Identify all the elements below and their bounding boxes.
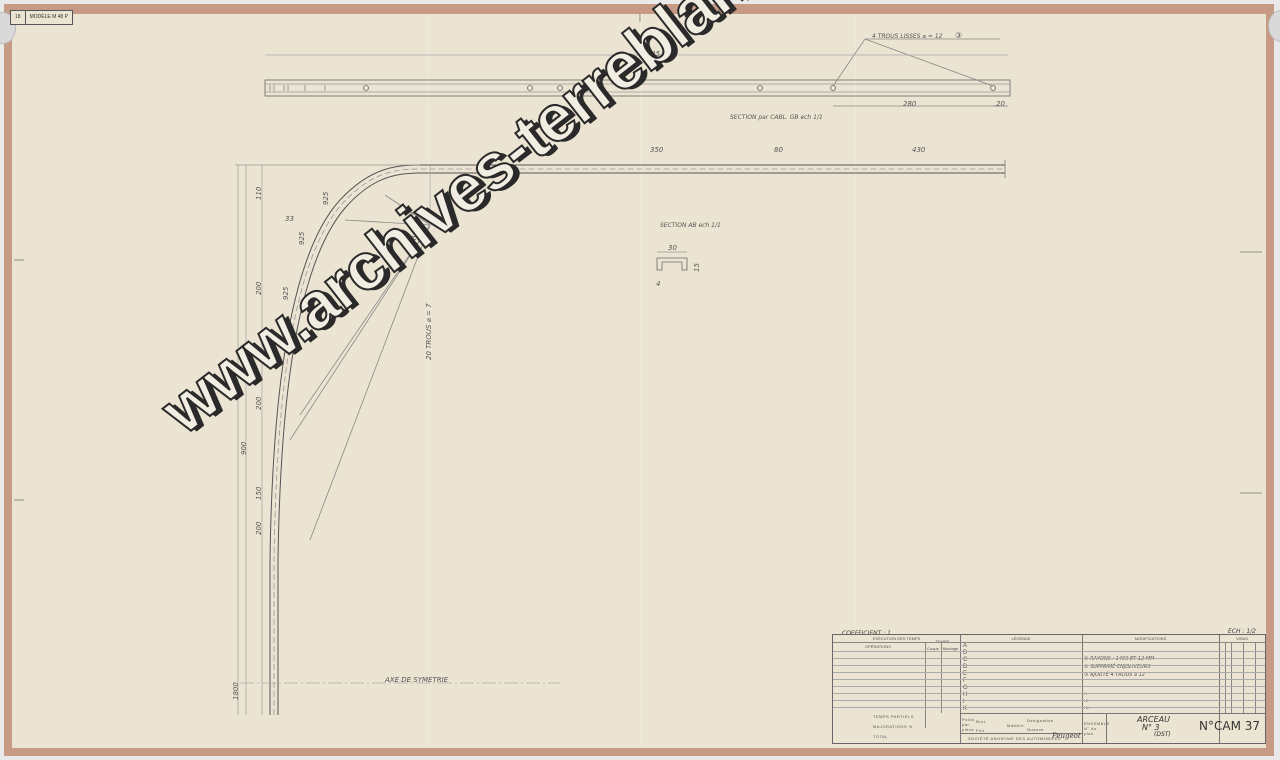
dimension-top: 80: [774, 146, 783, 154]
axis-of-symmetry-label: AXE DE SYMETRIE: [385, 676, 448, 684]
drawing-number: N°CAM 37: [1199, 719, 1260, 733]
section-height: 15: [693, 263, 701, 272]
temps-partiels-label: TEMPS PARTIELS: [873, 714, 914, 719]
vertical-dimension-900: 900: [240, 442, 248, 455]
title-block: EXÉCUTION DES TEMPS OPÉRATIONS TEMPS Cou…: [832, 634, 1266, 744]
part-code: (DST): [1154, 731, 1171, 738]
legend-letter: A: [963, 643, 967, 649]
vertical-dimension: 150: [255, 487, 263, 500]
vertical-dimension-1800: 1800: [232, 682, 240, 700]
section-thickness: 4: [656, 280, 660, 288]
dimension-top: 350: [650, 146, 663, 154]
hole-note-ref: ③: [955, 31, 962, 40]
section-detail-title: SECTION AB ech 1/1: [660, 222, 721, 229]
section-note: SECTION par CABL. GB ech 1/1: [730, 114, 823, 121]
brut-label: Brut: [976, 719, 985, 724]
dimension-280: 280: [903, 100, 916, 108]
ensemble-label: ENSEMBLE N° du plan: [1084, 721, 1104, 736]
designation-label: Désignation: [1027, 718, 1054, 723]
matiere-label: Matière: [1007, 723, 1024, 728]
modification-row: ① RAYONS : 1400 ET 12 MM: [1084, 656, 1154, 662]
operations-header: OPÉRATIONS: [833, 644, 923, 649]
company-name: SOCIÉTÉ ANONYME DES AUTOMOBILES: [968, 736, 1061, 741]
visa-header: VISAS: [1219, 636, 1265, 641]
majorations-label: MAJORATIONS %: [873, 724, 913, 729]
holes-note: 20 TROUS ⌀ = 7: [425, 303, 433, 360]
bar-holes: [364, 86, 996, 91]
legend-header: LÉGENDE: [960, 636, 1082, 641]
dimension-top: 430: [912, 146, 925, 154]
arc-length: 925: [322, 192, 330, 205]
hole-note: 4 TROUS LISSES ⌀ = 12: [872, 33, 943, 40]
vertical-dimension: 200: [255, 282, 263, 295]
modifications-header: MODIFICATIONS: [1082, 636, 1219, 641]
poids-label: Poids par pièce: [962, 717, 972, 732]
dimension-20: 20: [996, 100, 1005, 108]
offset-33: 33: [285, 215, 294, 223]
section-width: 30: [668, 244, 677, 252]
arc-length: 925: [298, 232, 306, 245]
total-label: TOTAL: [873, 734, 888, 739]
vertical-dimension: 200: [255, 522, 263, 535]
nuance-label: Nuance: [1027, 727, 1044, 732]
brand-signature: Peugeot: [1052, 732, 1081, 740]
vertical-dimension: 110: [255, 187, 263, 200]
